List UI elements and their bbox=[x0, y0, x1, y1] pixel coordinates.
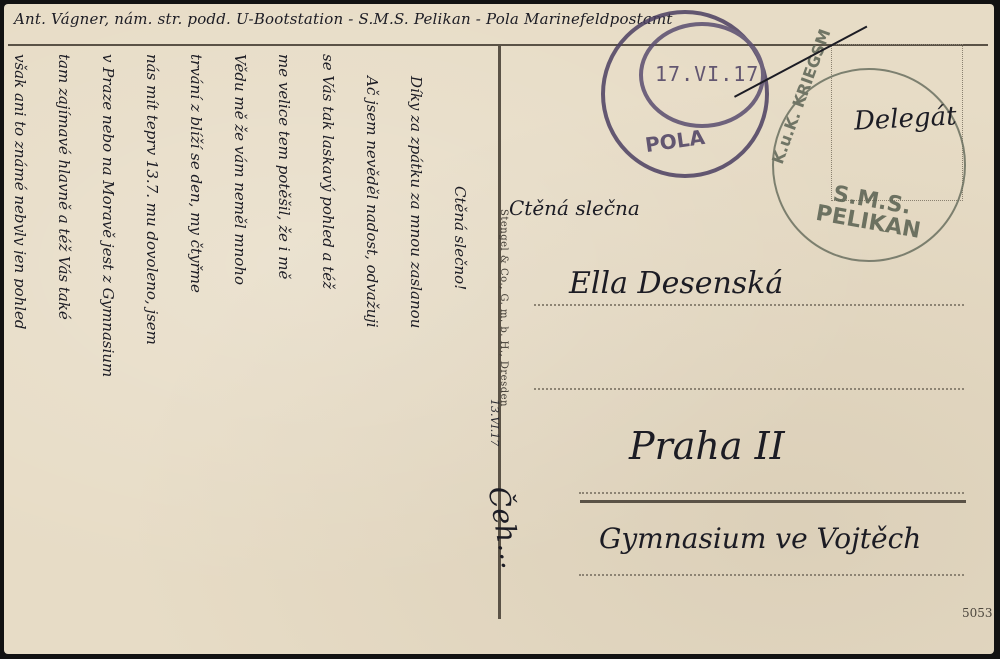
message-line: v Praze nebo na Moravě jest z Gymnasium bbox=[99, 54, 117, 377]
message-line: trvání z blíží se den, my čtyřme bbox=[187, 54, 205, 293]
message-line: tam zajímavé hlavně a též Vás také bbox=[55, 54, 73, 320]
message-line: Díky za zpátku za mnou zaslanou bbox=[407, 76, 425, 328]
card-number: 5053 bbox=[962, 606, 993, 620]
address-street: Gymnasium ve Vojtěch bbox=[599, 522, 921, 555]
postmark-date: 17.VI.17 bbox=[655, 62, 759, 86]
postcard: Ant. Vágner, nám. str. podd. U-Bootstati… bbox=[4, 4, 994, 654]
postmark-ship: S.M.S. PELIKAN bbox=[807, 180, 933, 244]
address-name: Ella Desenská bbox=[569, 266, 783, 301]
address-line-2 bbox=[534, 388, 964, 390]
handwritten-stamp-note: Delegát bbox=[853, 101, 957, 136]
message-line: nás mít teprv 13.7. mu dovoleno, jsem bbox=[143, 54, 161, 345]
message-line: Ač jsem nevěděl nadost, odvažuji bbox=[363, 76, 381, 328]
message-line: Ctěná slečno! bbox=[451, 186, 469, 290]
message-line: Vědu mě že vám neměl mnoho bbox=[231, 54, 249, 285]
message-line: však ani to známé nebyly jen pohled bbox=[14, 54, 29, 330]
message-date: 13.VI.17 bbox=[488, 399, 501, 446]
message-area: Ctěná slečno!Díky za zpátku za mnou zasl… bbox=[14, 46, 484, 646]
signature: Čeh... bbox=[482, 484, 529, 571]
sender-line: Ant. Vágner, nám. str. podd. U-Bootstati… bbox=[14, 10, 673, 28]
publisher-imprint: Stengel & Co., G. m. b. H., Dresden bbox=[498, 209, 509, 407]
address-underline bbox=[580, 500, 966, 503]
address-line-3 bbox=[579, 492, 964, 494]
message-line: se Vás tak laskavý pohled a též bbox=[319, 54, 337, 289]
message-line: me velice tem potěšil, že i mě bbox=[275, 54, 293, 279]
pelikan-postmark: K.u.K. KRIEGSM S.M.S. PELIKAN bbox=[772, 68, 966, 262]
address-salutation: Ctěná slečna bbox=[509, 196, 640, 220]
address-line-1 bbox=[534, 304, 964, 306]
address-line-4 bbox=[579, 574, 964, 576]
postmark-city: POLA bbox=[644, 125, 707, 157]
address-city: Praha II bbox=[629, 424, 785, 468]
pola-postmark: 17.VI.17 POLA bbox=[601, 10, 769, 178]
